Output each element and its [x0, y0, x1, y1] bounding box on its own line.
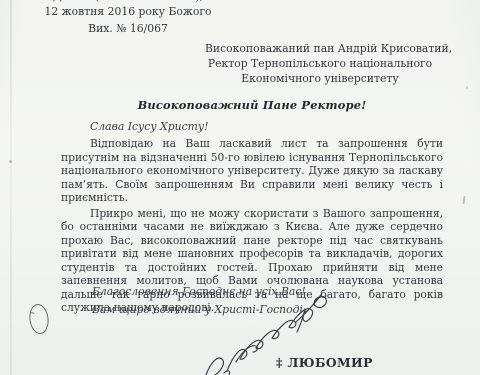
body-paragraph: Відповідаю на Ваш ласкавий лист та запро…: [61, 137, 443, 205]
recipient-line: Високоповажаний пан Андрій Крисоватий,: [205, 41, 435, 56]
letter-date: 12 жовтня 2016 року Божого: [28, 3, 228, 20]
salutation-line: Високоповажний Пане Ректоре!: [58, 98, 446, 112]
letter-date-block: 12 жовтня 2016 року Божого Вих. № 16/067: [28, 3, 228, 37]
closing-line: Вам щиро вдячний у Христі-Господі: [92, 303, 303, 316]
recipient-line: Ректор Тернопільського національного: [205, 56, 435, 71]
scan-speck: [466, 86, 468, 89]
recipient-line: Економічного університету: [205, 71, 435, 86]
scan-speck: [462, 196, 465, 204]
paper-fold-crease: [10, 0, 12, 375]
blessing-line: Благословення Господнє на усіх Вас!: [92, 285, 306, 298]
scan-speck: [9, 160, 12, 163]
body-paragraph: Прикро мені, що не можу скористати з Ваш…: [61, 207, 443, 315]
greeting-line: Слава Ісусу Христу!: [90, 120, 208, 133]
recipient-address-block: Високоповажаний пан Андрій Крисоватий, Р…: [205, 41, 435, 87]
pen-oval-mark: [28, 304, 49, 335]
scanned-letter-page: Дано в (Києві-Святошині), 12 жовтня 2016…: [0, 0, 480, 375]
letter-reference-number: Вих. № 16/067: [28, 20, 228, 37]
signatory-name: ‡ ЛЮБОМИР: [276, 355, 373, 370]
